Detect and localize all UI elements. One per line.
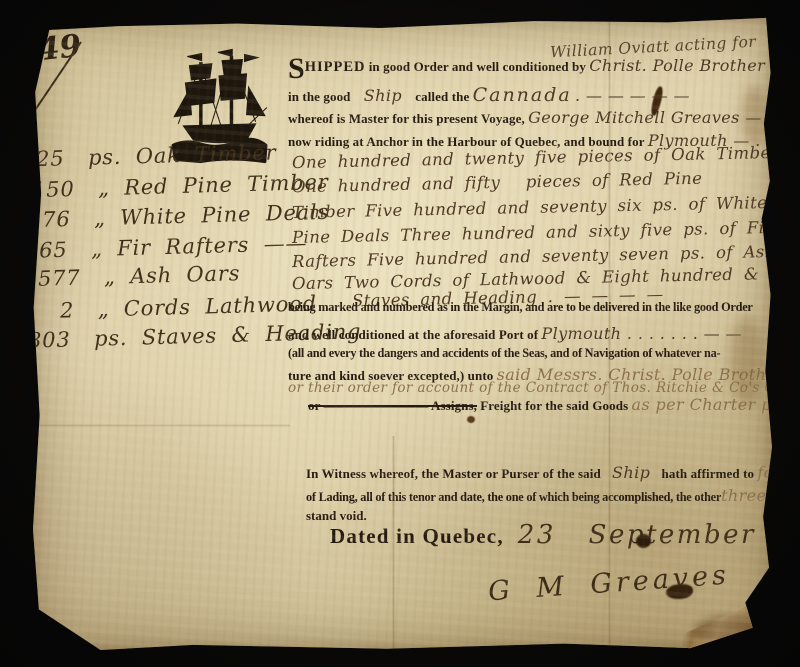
margin-row: 365 „ Fir Rafters ——: [25, 231, 308, 263]
printed-text: Freight for the said Goods: [480, 398, 628, 413]
printed-text: Bills: [796, 466, 800, 481]
line-order-account: or their order for account of the Contra…: [288, 380, 780, 396]
line-marked-margin: being marked and numbered as in the Marg…: [288, 300, 780, 315]
printed-text: and well conditioned at the aforesaid Po…: [288, 327, 538, 342]
cargo-unit: ps.: [88, 145, 122, 170]
port-script: Plymouth . . . . . . . — —: [541, 324, 742, 343]
line-dangers: (all and every the dangers and accidents…: [288, 346, 780, 361]
line-witness-1: In Witness whereof, the Master or Purser…: [306, 463, 798, 482]
margin-row: 125 ps. Oak Timber: [22, 140, 277, 171]
printed-text: in the good: [288, 89, 351, 104]
cargo-script-line: One hundred and fifty pieces of Red Pine: [292, 169, 703, 197]
line-assigns-freight: or ———————— Assigns, Freight for the sai…: [308, 395, 800, 414]
margin-row: 2 „ Cords Lathwood: [60, 291, 317, 322]
date-script: 23 September 1812: [518, 520, 800, 550]
cargo-unit: „: [98, 176, 110, 200]
cargo-unit: „: [104, 265, 116, 289]
small-spot: [467, 416, 475, 423]
cargo-unit: „: [91, 237, 103, 261]
cargo-qty: 576: [28, 207, 71, 232]
line-master: whereof is Master for this present Voyag…: [288, 108, 780, 127]
line-witness-2: of Lading, all of this tenor and date, t…: [306, 486, 798, 505]
cargo-unit: ps.: [94, 326, 128, 351]
margin-row: 576 „ White Pine Deals: [28, 200, 330, 232]
printed-text: in good Order and well conditioned by: [369, 59, 586, 74]
vessel-type-script: Ship: [364, 86, 402, 105]
printed-text: In Witness whereof, the Master or Purser…: [306, 466, 601, 481]
cargo-qty: 125: [22, 146, 65, 171]
cargo-item: Oak Timber: [135, 140, 276, 168]
printed-text: of Lading, all of this tenor and date, t…: [306, 490, 721, 504]
line-vessel: in the good Ship called the Cannada . — …: [288, 84, 780, 106]
printed-text: hath affirmed to: [662, 466, 755, 481]
master-name-script: George Mitchell Greaves — . . .: [528, 108, 794, 127]
dropcap-s: S: [288, 52, 305, 85]
cargo-item: Fir Rafters ——: [117, 231, 308, 260]
consignor-script: Christ. Polle Brother & Co.: [589, 56, 800, 75]
ship-name-script: Cannada: [473, 84, 572, 106]
cargo-qty: 803: [28, 327, 71, 352]
line-shipped: SHIPPED in good Order and well condition…: [288, 56, 780, 76]
cargo-qty: 577: [38, 266, 81, 291]
master-signature: G M Greaves: [487, 560, 731, 608]
charter-party-script: as per Charter party: [632, 395, 800, 414]
printed-text: called the: [415, 89, 469, 104]
margin-row: 577 „ Ash Oars: [38, 261, 241, 291]
bill-count-script: four: [757, 463, 792, 482]
margin-row: 150 „ Red Pine Timber: [32, 170, 329, 202]
cargo-unit: „: [97, 297, 109, 321]
photo-backdrop: 49: [0, 0, 800, 667]
cargo-qty: 365: [25, 238, 68, 263]
torn-corner-fold: [646, 592, 772, 650]
dateline: Dated in Quebec, 23 September 1812: [330, 520, 800, 550]
line-port: and well conditioned at the aforesaid Po…: [288, 324, 780, 343]
cargo-qty: 2: [60, 298, 75, 322]
cargo-unit: „: [94, 206, 106, 230]
horizontal-crease: [30, 424, 290, 427]
cargo-item: Ash Oars: [130, 261, 241, 288]
printed-text: whereof is Master for this present Voyag…: [288, 111, 525, 126]
cargo-script-line: Timber Five hundred and seventy six ps. …: [292, 193, 768, 222]
remaining-count-script: three: [721, 486, 766, 505]
shipped-caps: HIPPED: [305, 59, 366, 75]
dated-in-quebec-text: Dated in Quebec,: [330, 524, 504, 548]
vessel-type-script: Ship: [612, 463, 650, 482]
fill-dashes: . — — — — —: [575, 86, 690, 105]
struck-assigns-text: or ———————— Assigns,: [308, 398, 477, 413]
cargo-qty: 150: [32, 177, 75, 202]
bill-of-lading-document: 49: [30, 16, 772, 650]
order-account-script: or their order for account of the Contra…: [288, 380, 800, 396]
printed-text: to: [766, 490, 776, 504]
